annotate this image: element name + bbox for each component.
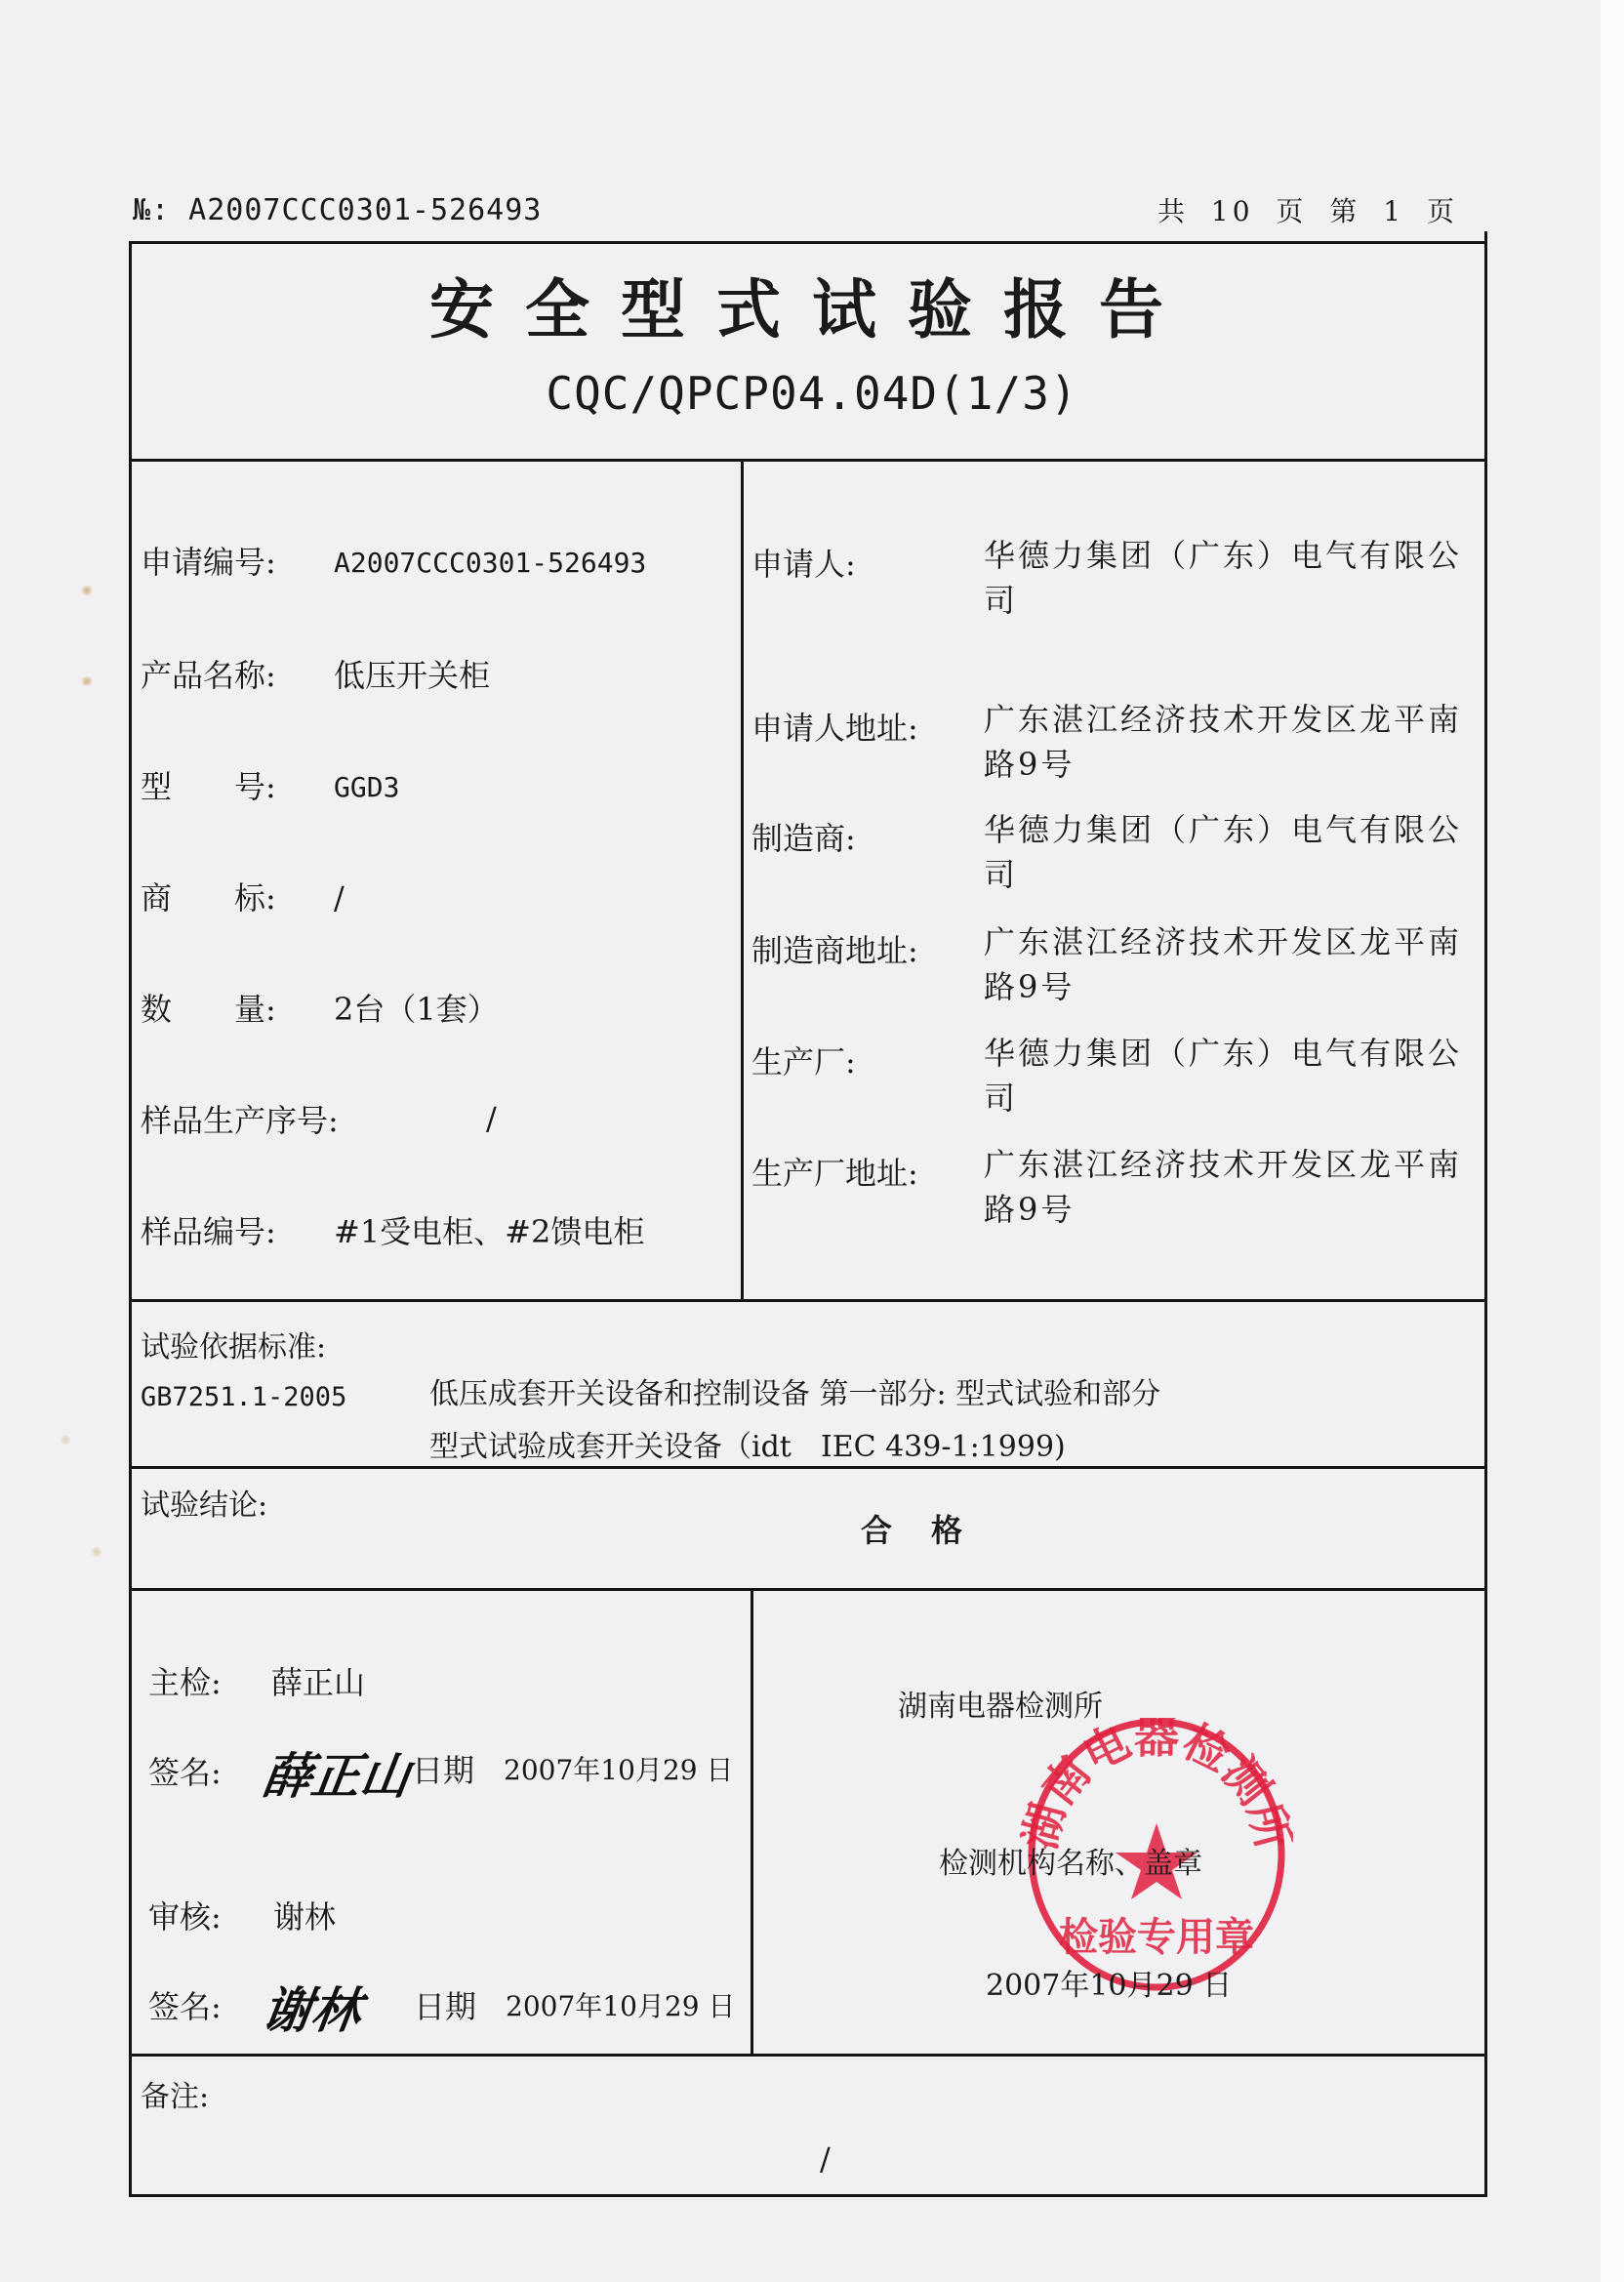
field-value-sample-serial: / <box>486 1103 497 1134</box>
reviewer-name: 谢林 <box>273 1901 336 1933</box>
inspector-name: 薛正山 <box>271 1667 365 1698</box>
table-border-right <box>1484 231 1487 2013</box>
reviewer-date-label: 日期 <box>414 1991 476 2022</box>
row-divider <box>129 1299 1487 1302</box>
table-border-bottom <box>129 2194 1487 2197</box>
inspector-date: 2007年10月29 日 <box>504 1757 733 1784</box>
field-label-applicant-address: 申请人地址: <box>751 713 918 744</box>
field-value-factory: 华德力集团（广东）电气有限公司 <box>984 1031 1472 1121</box>
svg-text:检验专用章: 检验专用章 <box>1059 1915 1254 1960</box>
row-divider <box>129 1588 1487 1591</box>
field-label-factory: 生产厂: <box>751 1046 856 1078</box>
field-label-quantity: 数 量: <box>141 994 276 1025</box>
report-number: №: A2007CCC0301-526493 <box>133 193 542 227</box>
reviewer-sign-label: 签名: <box>148 1991 222 2022</box>
table-border-left <box>129 2013 132 2197</box>
table-border-left <box>129 241 132 2013</box>
inspector-sign-label: 签名: <box>148 1757 222 1788</box>
row-divider <box>129 459 1487 462</box>
paper-speck <box>59 1435 72 1445</box>
field-label-factory-address: 生产厂地址: <box>751 1158 918 1189</box>
field-label-product-name: 产品名称: <box>141 660 276 691</box>
field-value-application-no: A2007CCC0301-526493 <box>334 550 646 577</box>
reviewer-signature: 谢林 <box>259 1972 366 2042</box>
paper-speck <box>80 586 94 595</box>
inspector-label: 主检: <box>148 1667 222 1698</box>
inspector-date-label: 日期 <box>412 1755 474 1786</box>
reviewer-label: 审核: <box>148 1901 222 1933</box>
field-value-model: GGD3 <box>334 774 399 801</box>
remarks-value: / <box>820 2143 831 2175</box>
field-label-application-no: 申请编号: <box>141 547 276 578</box>
field-value-trademark: / <box>334 882 345 914</box>
column-divider <box>751 1588 753 2055</box>
row-divider <box>129 2054 1487 2057</box>
column-divider <box>741 459 744 1300</box>
table-border-right <box>1484 2013 1487 2197</box>
table-border-top <box>129 241 1487 244</box>
standard-title-line1: 低压成套开关设备和控制设备 第一部分: 型式试验和部分 <box>429 1380 1160 1409</box>
field-label-model: 型 号: <box>141 771 276 802</box>
field-value-manufacturer-address: 广东湛江经济技术开发区龙平南路9号 <box>984 919 1472 1009</box>
page-count: 共 10 页 第 1 页 <box>1157 190 1458 229</box>
conclusion-value: 合格 <box>861 1515 1001 1546</box>
field-label-trademark: 商 标: <box>141 882 276 914</box>
field-value-quantity: 2台（1套） <box>334 994 499 1025</box>
field-value-manufacturer: 华德力集团（广东）电气有限公司 <box>984 807 1472 897</box>
conclusion-label: 试验结论: <box>141 1491 267 1521</box>
paper-speck <box>90 1547 103 1557</box>
reviewer-date: 2007年10月29 日 <box>506 1993 735 2020</box>
field-value-product-name: 低压开关柜 <box>334 660 490 691</box>
report-title: 安全型式试验报告 <box>0 278 1624 343</box>
form-code: CQC/QPCP04.04D(1/3) <box>0 371 1624 416</box>
inspector-signature: 薛正山 <box>259 1737 415 1808</box>
field-value-applicant: 华德力集团（广东）电气有限公司 <box>984 533 1472 623</box>
standard-title-line2: 型式试验成套开关设备（idt IEC 439-1:1999) <box>429 1433 1066 1462</box>
field-value-applicant-address: 广东湛江经济技术开发区龙平南路9号 <box>984 697 1472 787</box>
field-value-sample-no: #1受电柜、#2馈电柜 <box>334 1216 644 1247</box>
standard-code: GB7251.1-2005 <box>141 1384 346 1410</box>
field-label-applicant: 申请人: <box>751 549 856 580</box>
field-label-sample-no: 样品编号: <box>141 1216 276 1247</box>
row-divider <box>129 1466 1487 1469</box>
stamp-caption: 检测机构名称、盖章 <box>939 1850 1202 1879</box>
standard-label: 试验依据标准: <box>141 1333 326 1363</box>
field-label-manufacturer: 制造商: <box>751 823 856 854</box>
field-label-sample-serial: 样品生产序号: <box>141 1105 339 1136</box>
field-value-factory-address: 广东湛江经济技术开发区龙平南路9号 <box>984 1142 1472 1232</box>
paper-speck <box>80 676 94 686</box>
remarks-label: 备注: <box>141 2083 209 2112</box>
field-label-manufacturer-address: 制造商地址: <box>751 935 918 966</box>
institution-date: 2007年10月29 日 <box>986 1972 1232 2001</box>
